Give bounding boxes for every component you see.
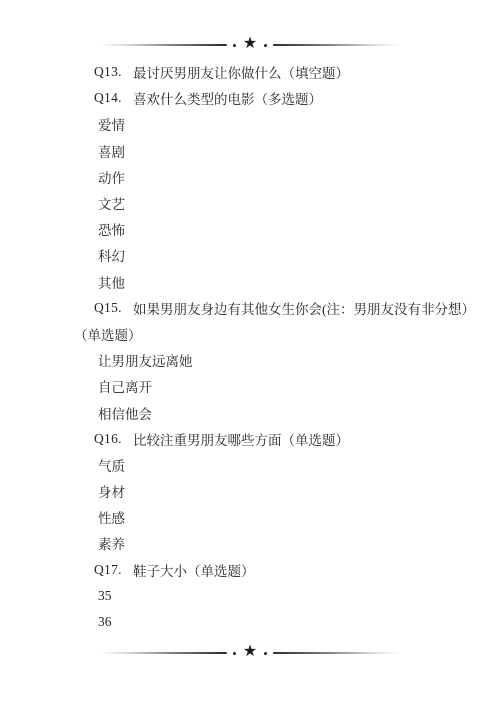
question-line: Q17.鞋子大小（单选题）	[0, 557, 500, 583]
divider-line-right	[273, 44, 400, 46]
question-number: Q13.	[94, 64, 133, 80]
divider-line-left	[100, 652, 227, 654]
option-text: 喜剧	[98, 141, 125, 161]
option-text: 让男朋友远离她	[98, 350, 193, 370]
option-line: 35	[0, 583, 500, 609]
option-line: 自己离开	[0, 373, 500, 399]
option-text: 爱情	[98, 114, 125, 134]
question-line: Q14.喜欢什么类型的电影（多选题）	[0, 85, 500, 111]
question-text: 喜欢什么类型的电影（多选题）	[133, 88, 322, 108]
question-text: 最讨厌男朋友让你做什么（填空题）	[133, 62, 349, 82]
option-line: 科幻	[0, 242, 500, 268]
option-text: 相信他会	[98, 403, 152, 423]
option-text: 自己离开	[98, 376, 152, 396]
option-text: （单选题）	[74, 324, 142, 344]
option-text: 素养	[98, 533, 125, 553]
option-line: 动作	[0, 164, 500, 190]
option-text: 恐怖	[98, 219, 125, 239]
question-text: 鞋子大小（单选题）	[133, 560, 255, 580]
option-line: 其他	[0, 269, 500, 295]
option-line: 身材	[0, 478, 500, 504]
star-icon: ★	[243, 645, 257, 659]
option-text: 35	[98, 588, 112, 604]
option-line: 性感	[0, 504, 500, 530]
star-icon: ★	[243, 37, 257, 51]
option-line: 36	[0, 609, 500, 635]
option-line: 让男朋友远离她	[0, 347, 500, 373]
question-line: Q13.最讨厌男朋友让你做什么（填空题）	[0, 59, 500, 85]
option-text: 文艺	[98, 193, 125, 213]
option-line: 恐怖	[0, 216, 500, 242]
divider-line-right	[273, 652, 400, 654]
top-divider: ★	[0, 37, 500, 53]
option-text: 其他	[98, 272, 125, 292]
option-text: 气质	[98, 455, 125, 475]
divider-line-left	[100, 44, 227, 46]
divider-dot-icon	[264, 44, 267, 47]
option-text: 科幻	[98, 245, 125, 265]
question-text: 如果男朋友身边有其他女生你会(注：男朋友没有非分想）	[133, 298, 475, 318]
question-line: Q16.比较注重男朋友哪些方面（单选题）	[0, 426, 500, 452]
option-text: 动作	[98, 167, 125, 187]
question-number: Q17.	[94, 562, 133, 578]
question-number: Q15.	[94, 300, 133, 316]
bottom-divider: ★	[0, 645, 500, 661]
option-line: 气质	[0, 452, 500, 478]
option-text: 性感	[98, 507, 125, 527]
question-continuation-line: （单选题）	[0, 321, 500, 347]
divider-dot-icon	[233, 44, 236, 47]
questionnaire-lines: Q13.最讨厌男朋友让你做什么（填空题）Q14.喜欢什么类型的电影（多选题）爱情…	[0, 59, 500, 635]
option-line: 素养	[0, 530, 500, 556]
divider-dot-icon	[233, 652, 236, 655]
question-line: Q15.如果男朋友身边有其他女生你会(注：男朋友没有非分想）	[0, 295, 500, 321]
question-number: Q14.	[94, 90, 133, 106]
question-number: Q16.	[94, 431, 133, 447]
option-text: 36	[98, 614, 112, 630]
option-line: 爱情	[0, 111, 500, 137]
option-line: 喜剧	[0, 138, 500, 164]
document-page: ★ Q13.最讨厌男朋友让你做什么（填空题）Q14.喜欢什么类型的电影（多选题）…	[0, 0, 500, 707]
option-line: 相信他会	[0, 399, 500, 425]
question-text: 比较注重男朋友哪些方面（单选题）	[133, 429, 349, 449]
option-line: 文艺	[0, 190, 500, 216]
divider-dot-icon	[264, 652, 267, 655]
option-text: 身材	[98, 481, 125, 501]
